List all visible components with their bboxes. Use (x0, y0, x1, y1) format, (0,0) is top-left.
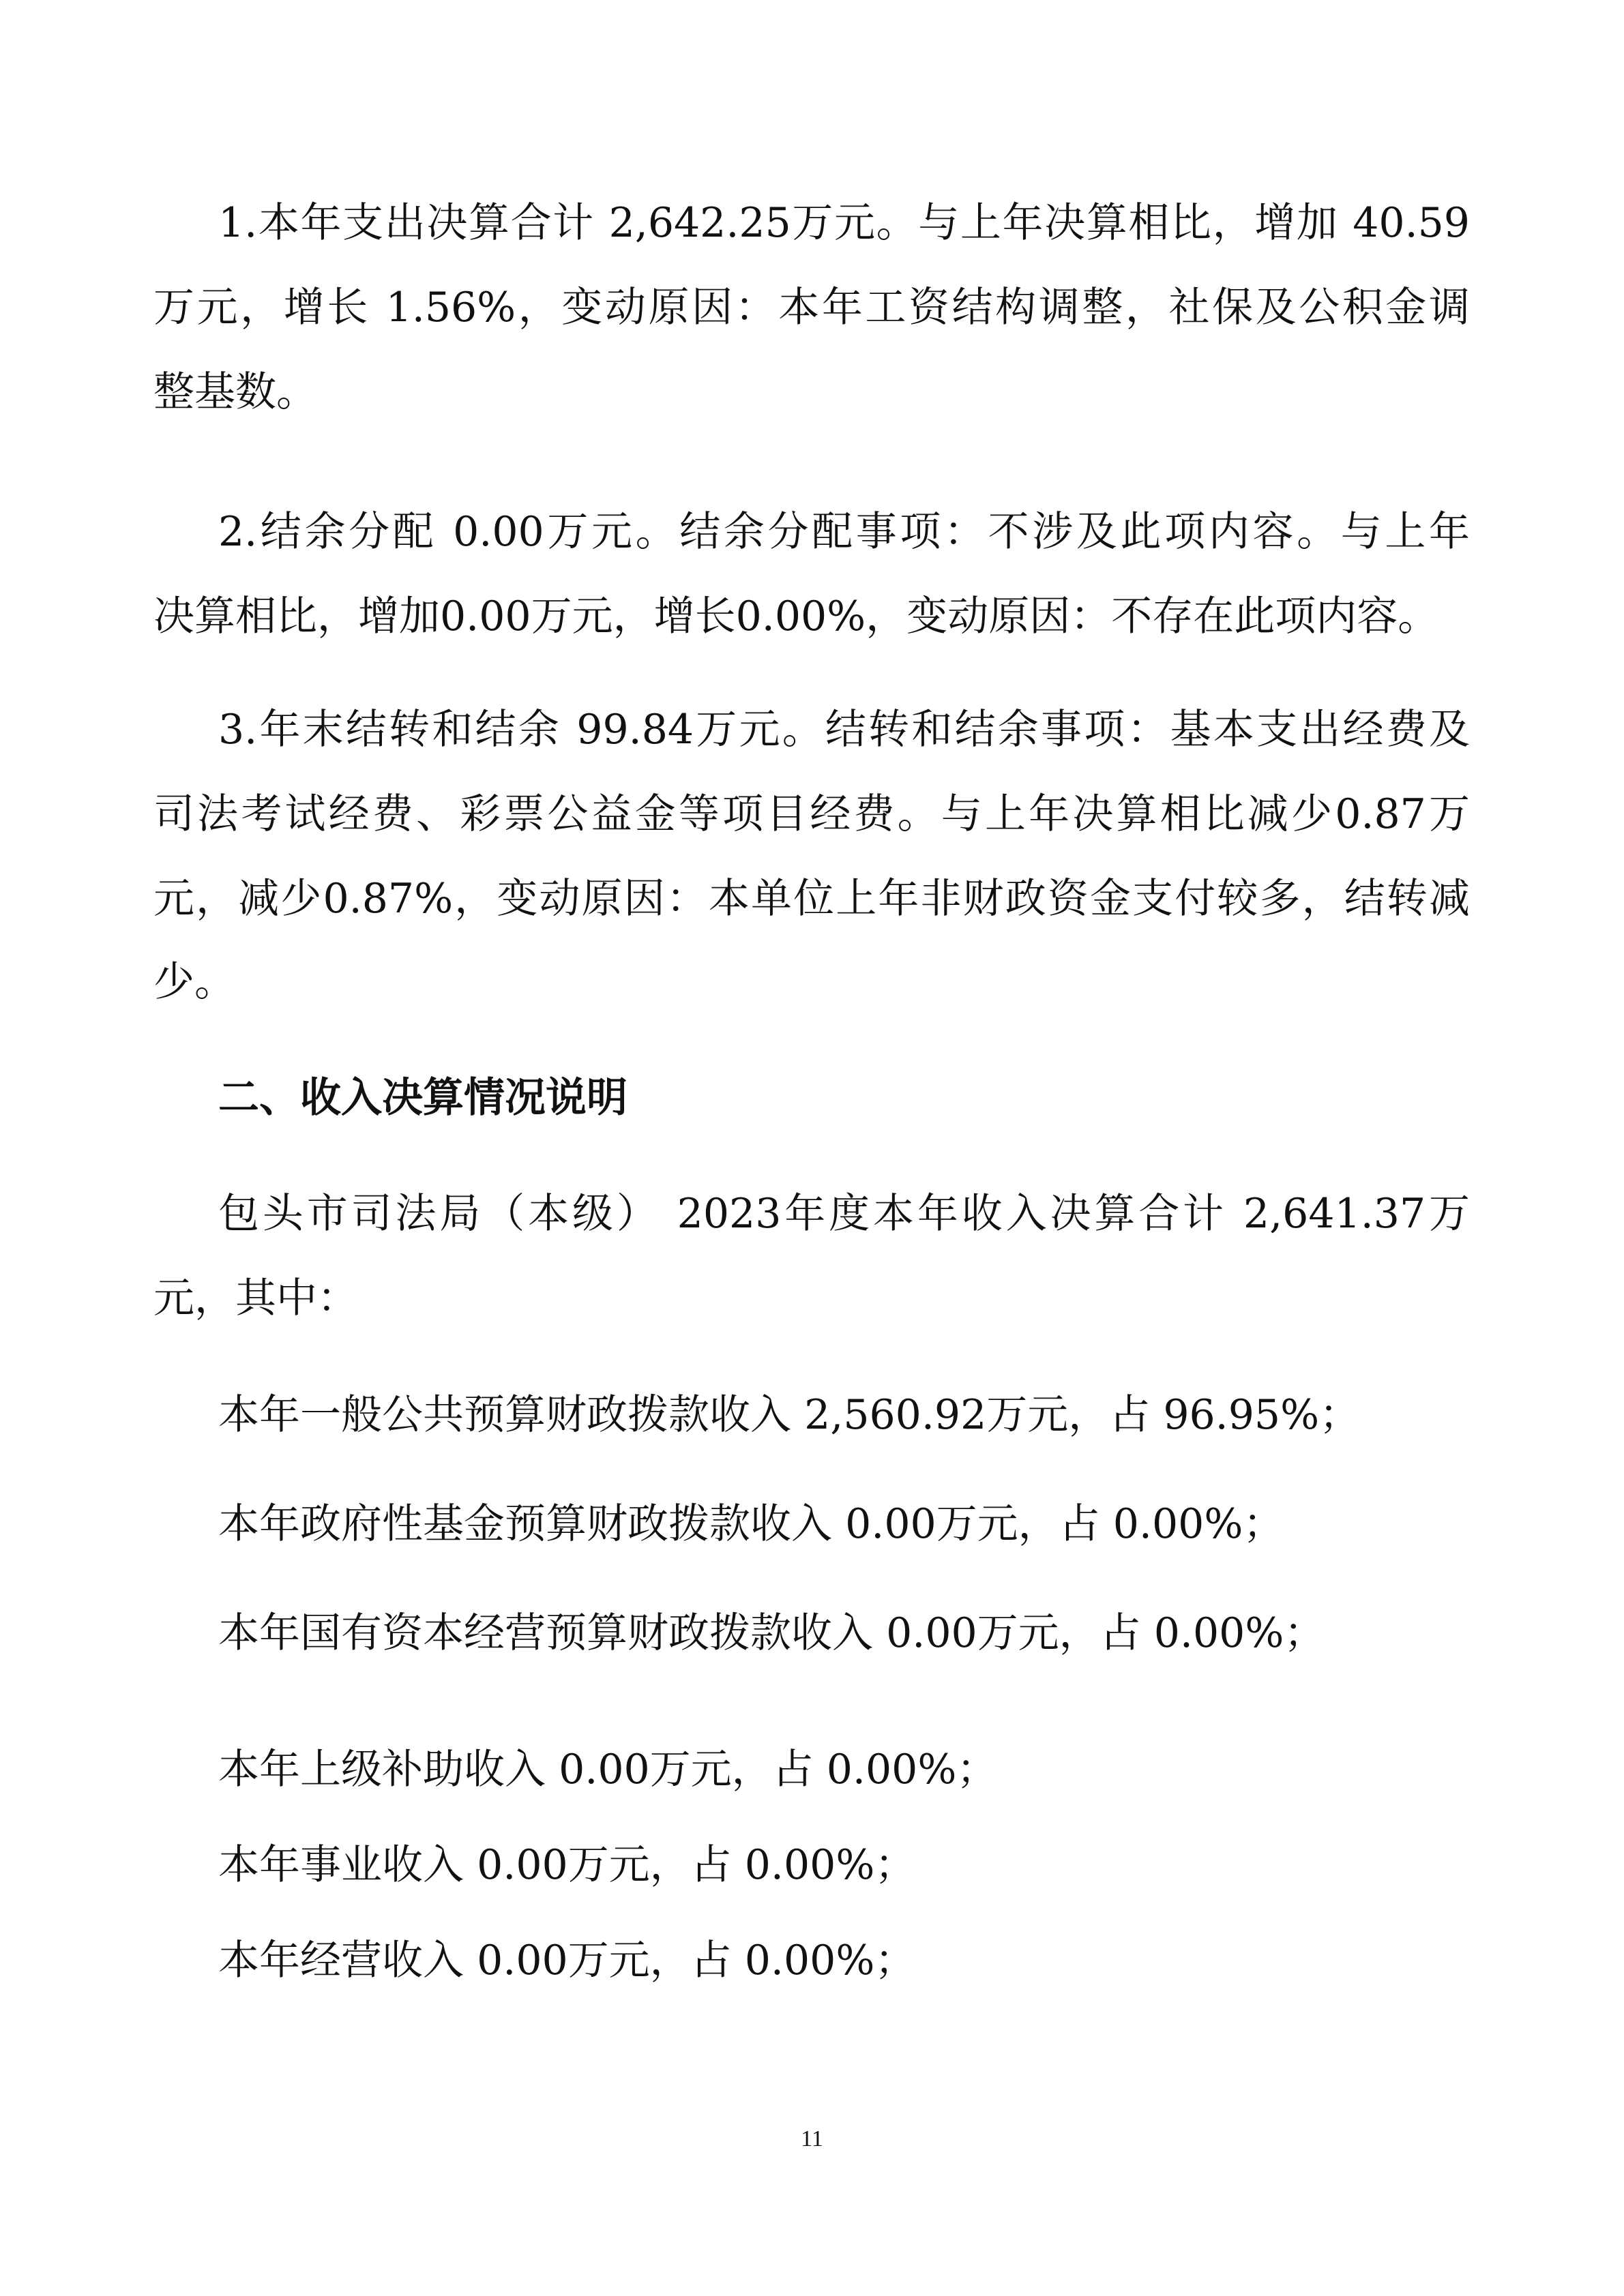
income-item: 本年事业收入 0.00万元，占 0.00%； (218, 1838, 1470, 1892)
income-item: 本年国有资本经营预算财政拨款收入 0.00万元，占 0.00%； (218, 1606, 1470, 1660)
income-item: 本年政府性基金预算财政拨款收入 0.00万元，占 0.00%； (218, 1497, 1470, 1551)
paragraph-surplus-line: 2.结余分配 0.00万元。结余分配事项：不涉及此项内容。与上年 (218, 505, 1470, 559)
income-intro-line: 包头市司法局（本级） 2023年度本年收入决算合计 2,641.37万 (218, 1187, 1470, 1241)
paragraph-carryover-line: 3.年末结转和结余 99.84万元。结转和结余事项：基本支出经费及 (218, 702, 1470, 757)
document-page: 1.本年支出决算合计 2,642.25万元。与上年决算相比，增加 40.59 万… (0, 0, 1624, 2296)
paragraph-carryover-line: 元，减少0.87%，变动原因：本单位上年非财政资金支付较多，结转减 (153, 871, 1470, 926)
income-item: 本年一般公共预算财政拨款收入 2,560.92万元，占 96.95%； (218, 1388, 1470, 1442)
paragraph-expenditure-line: 万元，增长 1.56%，变动原因：本年工资结构调整，社保及公积金调 (153, 280, 1470, 335)
paragraph-carryover-line: 司法考试经费、彩票公益金等项目经费。与上年决算相比减少0.87万 (153, 787, 1470, 841)
paragraph-surplus-line: 决算相比，增加0.00万元，增长0.00%，变动原因：不存在此项内容。 (153, 589, 1470, 644)
paragraph-expenditure-line: 整基数。 (153, 365, 1470, 419)
paragraph-carryover-line: 少。 (153, 955, 1470, 1009)
page-number: 11 (0, 2126, 1624, 2152)
section-heading: 二、收入决算情况说明 (218, 1071, 628, 1125)
income-item: 本年上级补助收入 0.00万元，占 0.00%； (218, 1742, 1470, 1797)
paragraph-expenditure-line: 1.本年支出决算合计 2,642.25万元。与上年决算相比，增加 40.59 (218, 196, 1470, 250)
income-intro-line: 元，其中： (153, 1271, 1470, 1326)
income-item: 本年经营收入 0.00万元，占 0.00%； (218, 1933, 1470, 1988)
